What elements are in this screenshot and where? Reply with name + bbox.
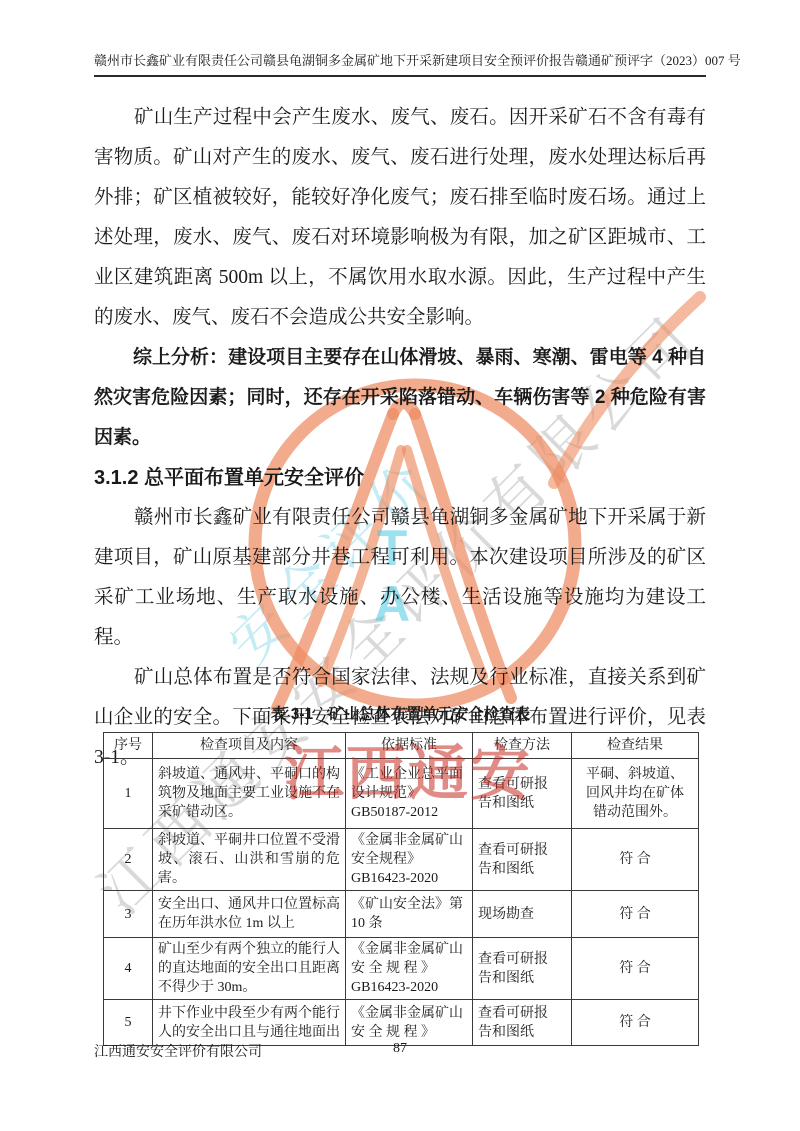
cell-no: 5 <box>104 1000 153 1046</box>
cell-standard: 《工业企业总平面 设计规范》 GB50187-2012 <box>346 759 473 829</box>
table-row: 4 矿山至少有两个独立的能行人的直达地面的安全出口且距离不得少于 30m。 《金… <box>104 938 699 1000</box>
footer-company-name: 江西通安安全评价有限公司 <box>94 1045 262 1060</box>
page-number: 87 <box>393 1041 407 1057</box>
cell-result: 平硐、斜坡道、 回风井均在矿体 错动范围外。 <box>572 759 699 829</box>
checklist-table-section: 表 3-1 矿山总体布置单元安全检查表 序号 检查项目及内容 依据标准 检查方法… <box>103 700 698 1046</box>
cell-no: 3 <box>104 891 153 938</box>
cell-method: 现场勘查 <box>473 891 572 938</box>
report-page: 江西通安安全评价有限公司 安全评价 T A 赣州市长鑫矿业有限责任公司赣县龟湖铜… <box>0 0 800 1131</box>
cell-result: 符 合 <box>572 829 699 891</box>
cell-item: 矿山至少有两个独立的能行人的直达地面的安全出口且距离不得少于 30m。 <box>153 938 346 1000</box>
cell-method: 查看可研报 告和图纸 <box>473 938 572 1000</box>
cell-item: 安全出口、通风井口位置标高在历年洪水位 1m 以上 <box>153 891 346 938</box>
cell-standard: 《金属非金属矿山 安全规程》 GB16423-2020 <box>346 829 473 891</box>
cell-standard: 《金属非金属矿山 安 全 规 程 》 <box>346 1000 473 1046</box>
cell-result: 符 合 <box>572 1000 699 1046</box>
col-header-item: 检查项目及内容 <box>153 733 346 759</box>
paragraph-summary-analysis: 综上分析：建设项目主要存在山体滑坡、暴雨、寒潮、雷电等 4 种自然灾害危险因素；… <box>94 338 706 458</box>
page-footer: 江西通安安全评价有限公司 87 <box>94 1041 706 1061</box>
table-row: 3 安全出口、通风井口位置标高在历年洪水位 1m 以上 《矿山安全法》第 10 … <box>104 891 699 938</box>
cell-no: 2 <box>104 829 153 891</box>
cell-no: 1 <box>104 759 153 829</box>
table-header-row: 序号 检查项目及内容 依据标准 检查方法 检查结果 <box>104 733 699 759</box>
section-heading-3-1-2: 3.1.2 总平面布置单元安全评价 <box>94 458 706 498</box>
header-doc-number: 赣通矿预评字（2023）007 号 <box>575 50 741 69</box>
paragraph-project-overview: 赣州市长鑫矿业有限责任公司赣县龟湖铜多金属矿地下开采属于新建项目，矿山原基建部分… <box>94 498 706 658</box>
cell-method: 查看可研报 告和图纸 <box>473 1000 572 1046</box>
cell-standard: 《矿山安全法》第 10 条 <box>346 891 473 938</box>
cell-method: 查看可研报 告和图纸 <box>473 829 572 891</box>
table-row: 1 斜坡道、通风井、平硐口的构筑物及地面主要工业设施不在采矿错动区。 《工业企业… <box>104 759 699 829</box>
header-report-title: 赣州市长鑫矿业有限责任公司赣县龟湖铜多金属矿地下开采新建项目安全预评价报告 <box>94 50 575 69</box>
cell-result: 符 合 <box>572 938 699 1000</box>
col-header-no: 序号 <box>104 733 153 759</box>
table-row: 2 斜坡道、平硐井口位置不受滑坡、滚石、山洪和雪崩的危害。 《金属非金属矿山 安… <box>104 829 699 891</box>
document-body: 矿山生产过程中会产生废水、废气、废石。因开采矿石不含有毒有害物质。矿山对产生的废… <box>94 98 706 778</box>
paragraph-waste-treatment: 矿山生产过程中会产生废水、废气、废石。因开采矿石不含有毒有害物质。矿山对产生的废… <box>94 98 706 338</box>
col-header-standard: 依据标准 <box>346 733 473 759</box>
page-header: 赣州市长鑫矿业有限责任公司赣县龟湖铜多金属矿地下开采新建项目安全预评价报告 赣通… <box>94 50 706 77</box>
table-row: 5 井下作业中段至少有两个能行人的安全出口且与通往地面出 《金属非金属矿山 安 … <box>104 1000 699 1046</box>
col-header-result: 检查结果 <box>572 733 699 759</box>
col-header-method: 检查方法 <box>473 733 572 759</box>
cell-item: 井下作业中段至少有两个能行人的安全出口且与通往地面出 <box>153 1000 346 1046</box>
cell-standard: 《金属非金属矿山 安 全 规 程 》 GB16423-2020 <box>346 938 473 1000</box>
table-caption: 表 3-1 矿山总体布置单元安全检查表 <box>103 700 698 730</box>
cell-method: 查看可研报 告和图纸 <box>473 759 572 829</box>
cell-no: 4 <box>104 938 153 1000</box>
safety-checklist-table: 序号 检查项目及内容 依据标准 检查方法 检查结果 1 斜坡道、通风井、平硐口的… <box>103 732 699 1046</box>
cell-item: 斜坡道、平硐井口位置不受滑坡、滚石、山洪和雪崩的危害。 <box>153 829 346 891</box>
cell-result: 符 合 <box>572 891 699 938</box>
cell-item: 斜坡道、通风井、平硐口的构筑物及地面主要工业设施不在采矿错动区。 <box>153 759 346 829</box>
